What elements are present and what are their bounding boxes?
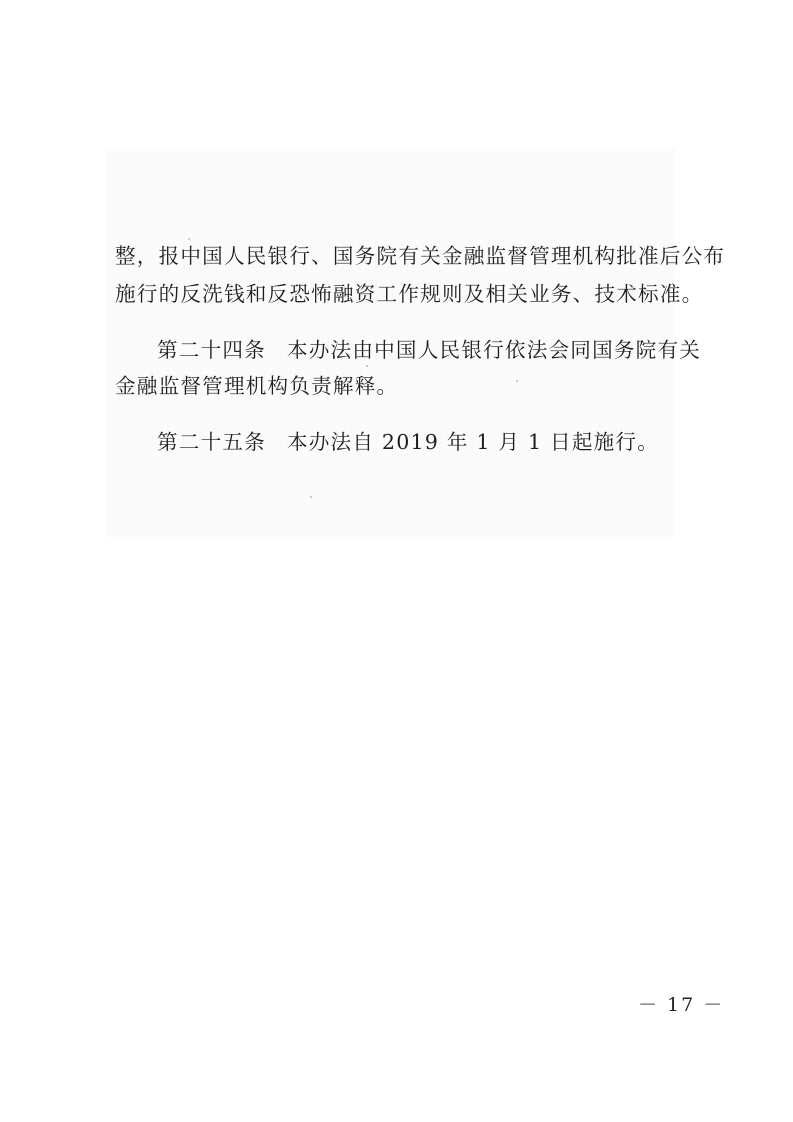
article-25-label: 第二十五条 xyxy=(157,430,266,454)
article-24-first-line: 第二十四条本办法由中国人民银行依法会同国务院有关 xyxy=(157,338,701,362)
article-25-line: 第二十五条本办法自 2019 年 1 月 1 日起施行。 xyxy=(157,430,659,454)
paragraph-1-line-2: 施行的反洗钱和反恐怖融资工作规则及相关业务、技术标准。 xyxy=(115,282,703,306)
scan-speck xyxy=(366,365,368,367)
article-24-label: 第二十四条 xyxy=(157,338,266,362)
article-25-text: 本办法自 2019 年 1 月 1 日起施行。 xyxy=(287,430,659,454)
article-24-text-line-2: 金融监督管理机构负责解释。 xyxy=(115,374,398,398)
scan-speck xyxy=(310,496,312,498)
page-number: － 17 － xyxy=(638,994,724,1016)
scan-speck xyxy=(516,380,518,382)
paragraph-1-line-1: 整，报中国人民银行、国务院有关金融监督管理机构批准后公布 xyxy=(115,244,725,268)
scan-speck xyxy=(188,238,190,240)
article-24-text-line-1: 本办法由中国人民银行依法会同国务院有关 xyxy=(287,338,701,362)
